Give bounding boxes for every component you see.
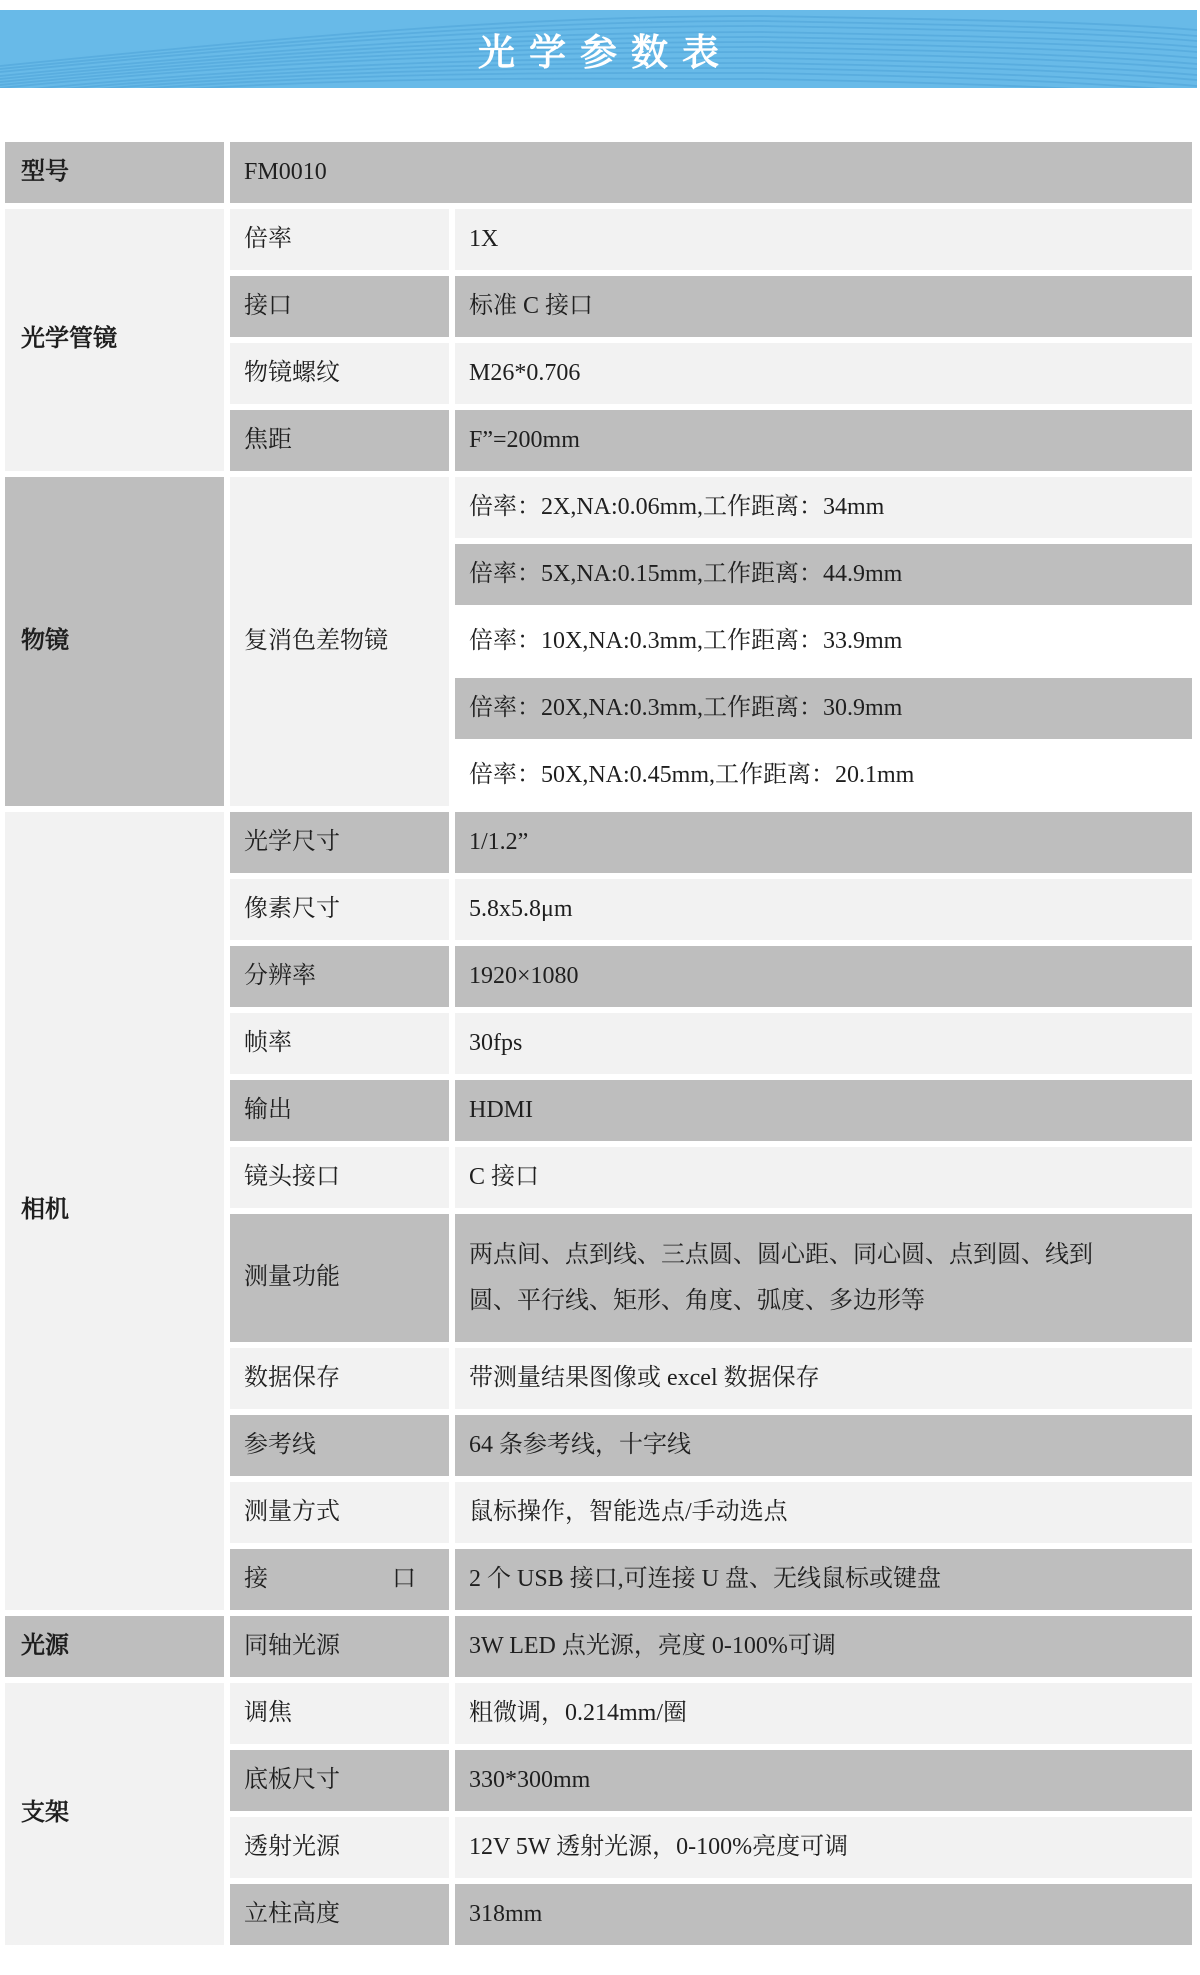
spec-value: 倍率：10X,NA:0.3mm,工作距离：33.9mm [455, 611, 1192, 672]
spec-value: 12V 5W 透射光源，0-100%亮度可调 [455, 1817, 1192, 1878]
spec-value: 30fps [455, 1013, 1192, 1074]
spec-label: 焦距 [230, 410, 449, 471]
spec-value: HDMI [455, 1080, 1192, 1141]
spec-label: 立柱高度 [230, 1884, 449, 1945]
spec-value: 1920×1080 [455, 946, 1192, 1007]
spec-value: 倍率：50X,NA:0.45mm,工作距离：20.1mm [455, 745, 1192, 806]
spec-label: 接口 [230, 276, 449, 337]
spec-value: 318mm [455, 1884, 1192, 1945]
spec-label: 物镜螺纹 [230, 343, 449, 404]
spec-value: C 接口 [455, 1147, 1192, 1208]
section-title-light-source: 光源 [5, 1616, 224, 1677]
spec-value: 5.8x5.8μm [455, 879, 1192, 940]
spec-value: 1/1.2” [455, 812, 1192, 873]
spec-label: 倍率 [230, 209, 449, 270]
spec-label: 测量功能 [230, 1214, 449, 1342]
section-title-tube-lens: 光学管镜 [5, 209, 224, 471]
spec-label: 分辨率 [230, 946, 449, 1007]
spec-value: 3W LED 点光源，亮度 0-100%可调 [455, 1616, 1192, 1677]
spec-value: 倍率：20X,NA:0.3mm,工作距离：30.9mm [455, 678, 1192, 739]
spec-label: 接 口 [230, 1549, 449, 1610]
spec-label: 底板尺寸 [230, 1750, 449, 1811]
spec-label: 参考线 [230, 1415, 449, 1476]
optical-spec-sheet: { "banner": { "title": "光学参数表", "bg_colo… [0, 0, 1200, 1975]
spec-label: 调焦 [230, 1683, 449, 1744]
spec-value: 倍率：5X,NA:0.15mm,工作距离：44.9mm [455, 544, 1192, 605]
spec-value: M26*0.706 [455, 343, 1192, 404]
spec-value: 倍率：2X,NA:0.06mm,工作距离：34mm [455, 477, 1192, 538]
spec-value: 1X [455, 209, 1192, 270]
spec-label: 镜头接口 [230, 1147, 449, 1208]
spec-value: 标准 C 接口 [455, 276, 1192, 337]
spec-value: 64 条参考线，十字线 [455, 1415, 1192, 1476]
spec-label: 同轴光源 [230, 1616, 449, 1677]
section-title-camera: 相机 [5, 812, 224, 1610]
measure-functions-line1: 两点间、点到线、三点圆、圆心距、同心圆、点到圆、线到 [469, 1232, 1093, 1278]
measure-functions-line2: 圆、平行线、矩形、角度、弧度、多边形等 [469, 1278, 925, 1324]
spec-label: 透射光源 [230, 1817, 449, 1878]
model-label: 型号 [5, 142, 224, 203]
spec-label: 像素尺寸 [230, 879, 449, 940]
spec-value: 粗微调，0.214mm/圈 [455, 1683, 1192, 1744]
spec-table: 型号 FM0010 光学管镜 倍率 1X 接口 标准 C 接口 物镜螺纹 M26… [5, 142, 1192, 1945]
spec-label: 输出 [230, 1080, 449, 1141]
spec-value: 带测量结果图像或 excel 数据保存 [455, 1348, 1192, 1409]
spec-value: 鼠标操作，智能选点/手动选点 [455, 1482, 1192, 1543]
spec-value-measure-functions: 两点间、点到线、三点圆、圆心距、同心圆、点到圆、线到 圆、平行线、矩形、角度、弧… [455, 1214, 1192, 1342]
spec-label: 帧率 [230, 1013, 449, 1074]
model-value: FM0010 [230, 142, 1192, 203]
section-title-objective: 物镜 [5, 477, 224, 806]
spec-value: 2 个 USB 接口,可连接 U 盘、无线鼠标或键盘 [455, 1549, 1192, 1610]
spec-label: 光学尺寸 [230, 812, 449, 873]
spec-value: F”=200mm [455, 410, 1192, 471]
title-banner: 光学参数表 [0, 10, 1197, 88]
section-title-stand: 支架 [5, 1683, 224, 1945]
spec-label: 测量方式 [230, 1482, 449, 1543]
spec-value: 330*300mm [455, 1750, 1192, 1811]
objective-type-cell: 复消色差物镜 [230, 477, 449, 806]
spec-label: 数据保存 [230, 1348, 449, 1409]
page-title: 光学参数表 [0, 10, 1197, 88]
